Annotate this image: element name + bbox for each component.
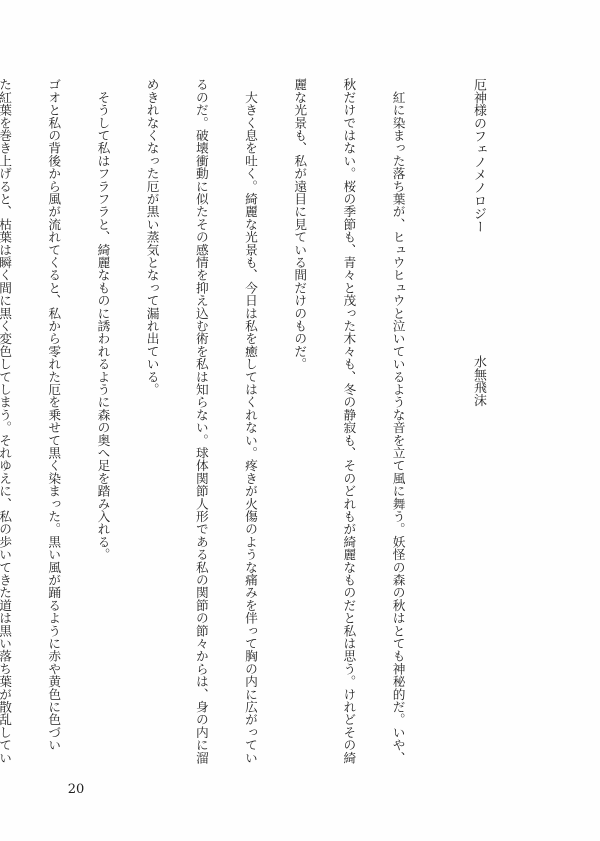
text-line: 秋だけではない。桜の季節も、青々と茂った木々も、冬の静寂も、そのどれもが綺麗なも… bbox=[339, 78, 358, 768]
chapter-title: 厄神様のフェノメノロジー bbox=[468, 78, 488, 253]
document-page: 厄神様のフェノメノロジー 水無飛沫 紅に染まった落ち葉が、ヒュウヒュウと泣いてい… bbox=[0, 0, 600, 841]
text-line: 麗な光景も、私が遠目に見ている間だけのものだ。 bbox=[290, 78, 309, 768]
text-line: そうして私はフラフラと、綺麗なものに誘われるように森の奥へ足を踏み入れる。 bbox=[93, 78, 112, 768]
author-name: 水無飛沫 bbox=[468, 355, 488, 415]
text-line: た紅葉を巻き上げると、枯葉は瞬く間に黒く変色してしまう。それゆえに、私の歩いてき… bbox=[0, 78, 14, 768]
page-number: 20 bbox=[64, 783, 88, 797]
text-line: ゴオと私の背後から風が流れてくると、私から零れた厄を乗せて黒く染まった。黒い風が… bbox=[44, 78, 63, 768]
text-line: めきれなくなった厄が黒い蒸気となって漏れ出ている。 bbox=[142, 78, 161, 768]
text-line: 大きく息を吐く。綺麗な光景も、今日は私を癒してはくれない。疼きが火傷のような痛み… bbox=[241, 78, 260, 768]
text-line: 紅に染まった落ち葉が、ヒュウヒュウと泣いているような音を立て風に舞う。妖怪の森の… bbox=[388, 78, 407, 768]
text-line: るのだ。破壊衝動に似たその感情を抑え込む術を私は知らない。球体関節人形である私の… bbox=[192, 78, 211, 768]
body-text: 紅に染まった落ち葉が、ヒュウヒュウと泣いているような音を立て風に舞う。妖怪の森の… bbox=[73, 78, 438, 768]
